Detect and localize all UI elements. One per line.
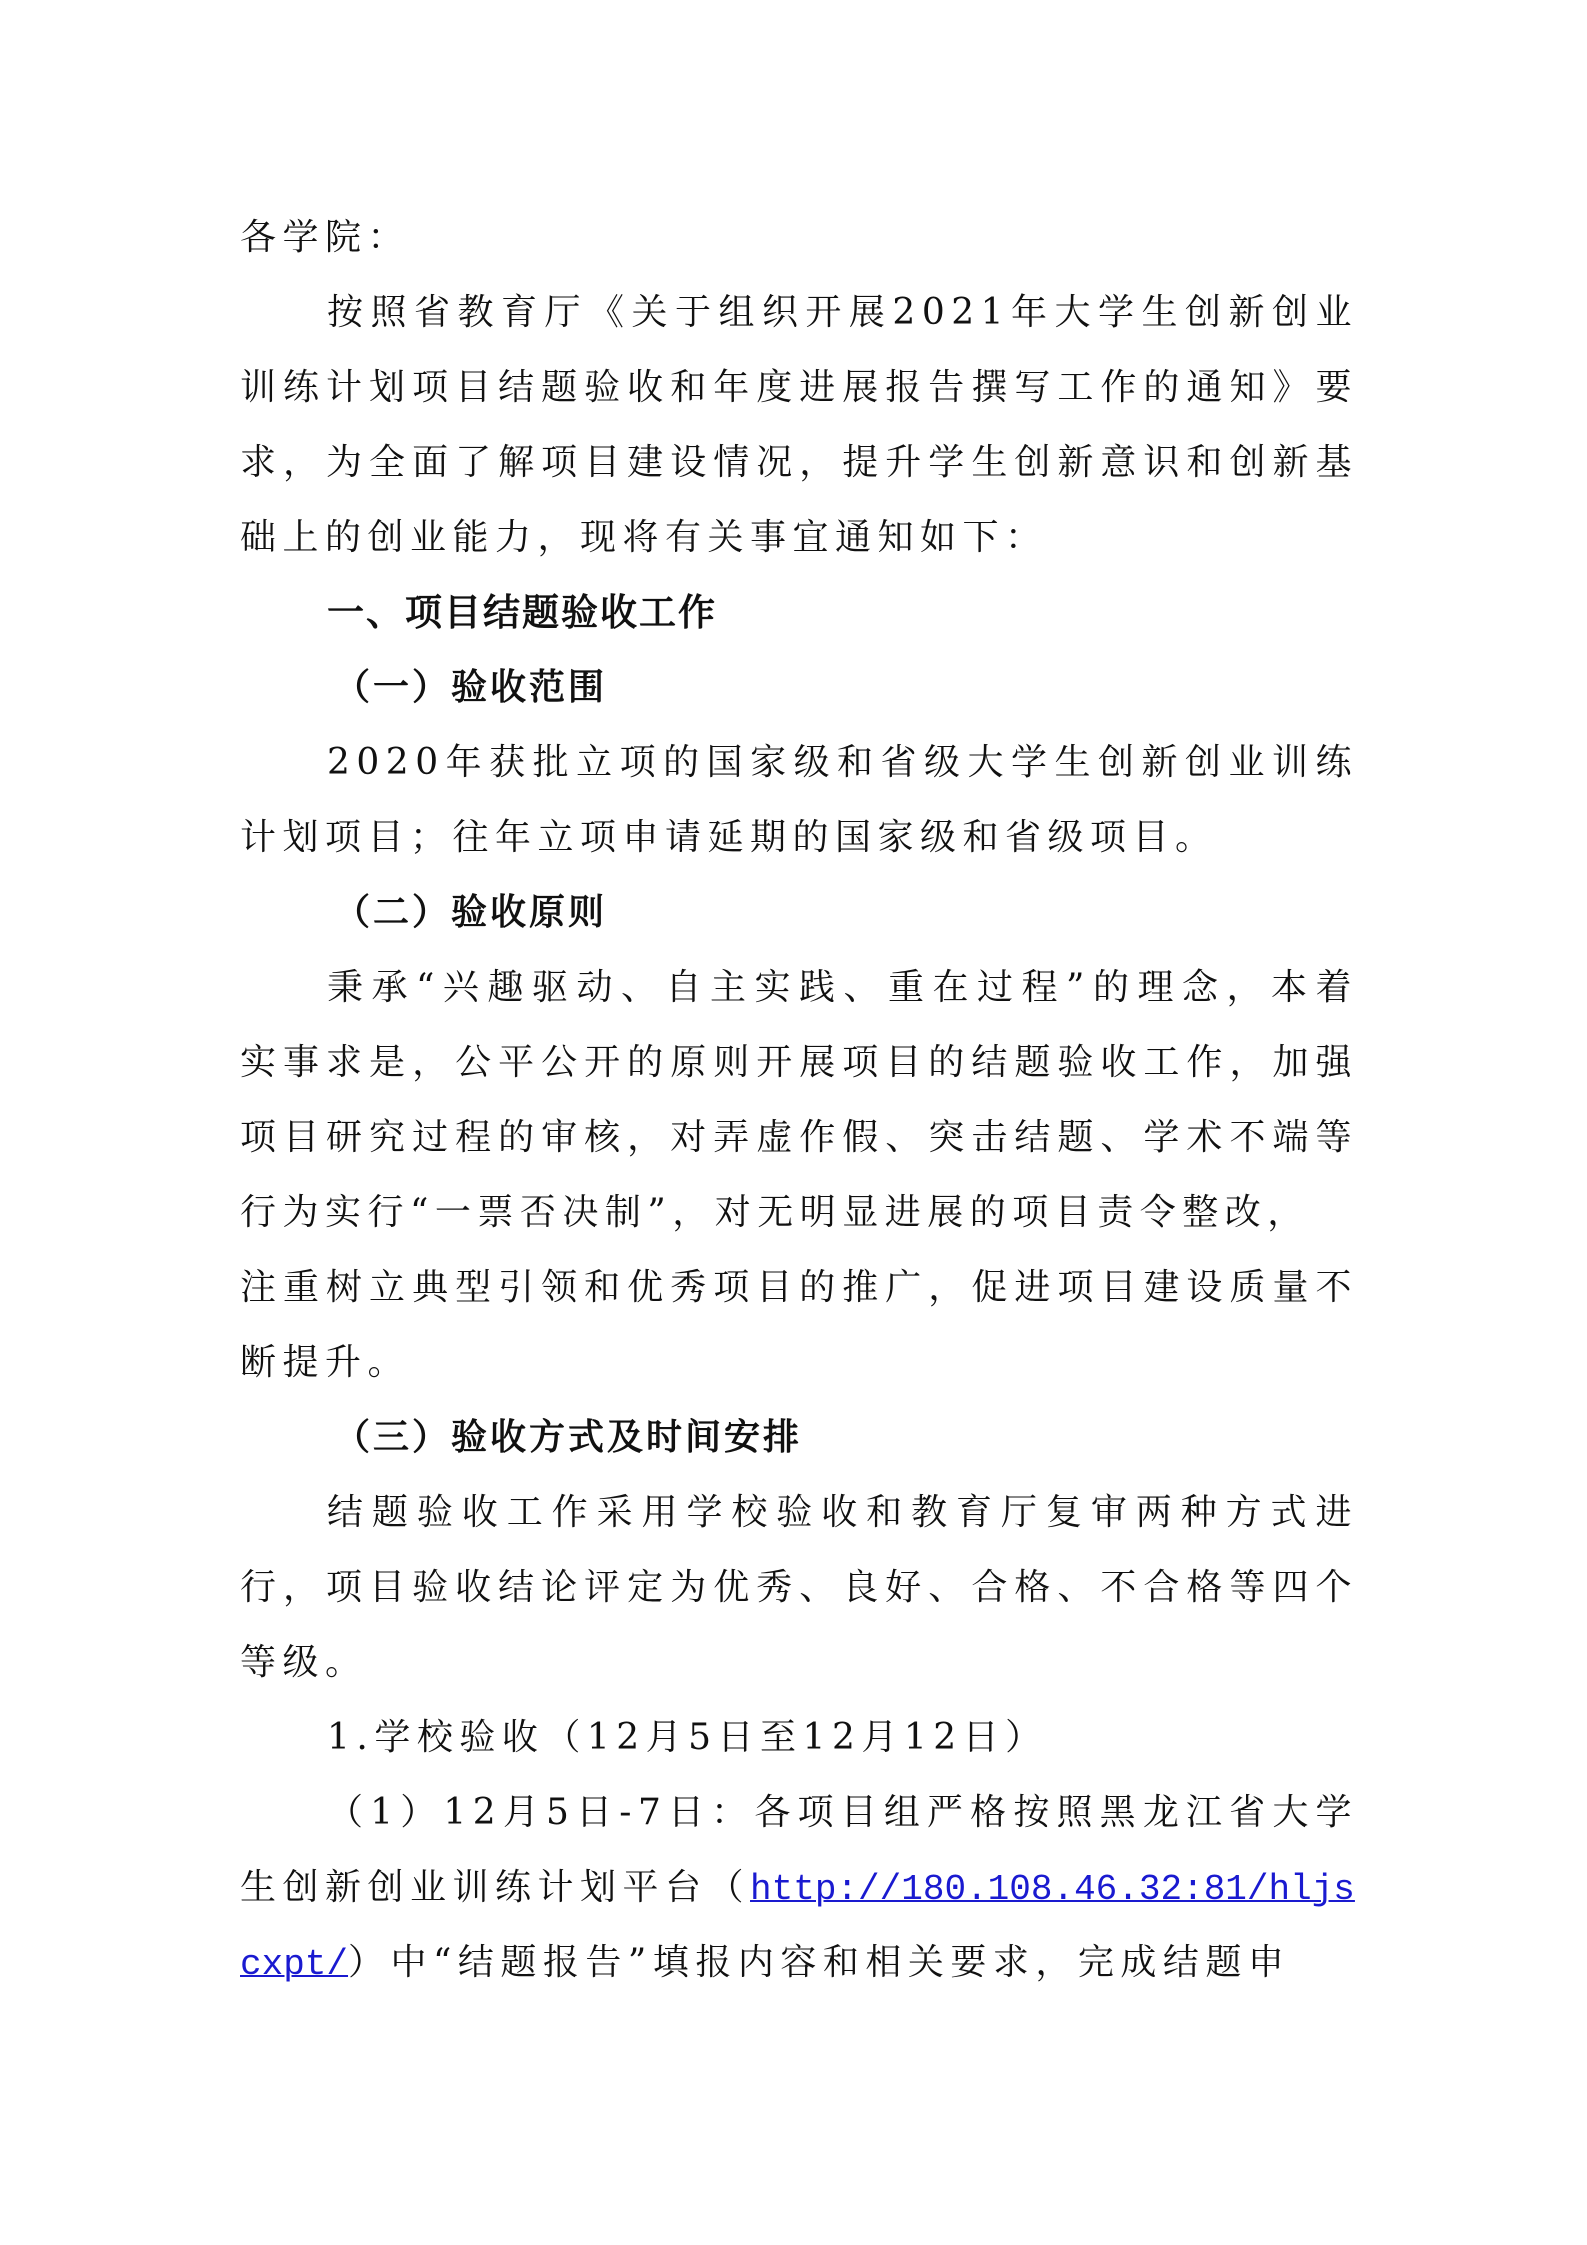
paragraph-line: 等级。: [240, 1625, 1358, 1700]
section-heading: 一、项目结题验收工作: [240, 575, 1358, 650]
salutation: 各学院：: [240, 200, 1358, 275]
paragraph-line: 断提升。: [240, 1325, 1358, 1400]
intro-line: 求，为全面了解项目建设情况，提升学生创新意识和创新基: [240, 425, 1358, 500]
paragraph-line: （1）12月5日-7日：各项目组严格按照黑龙江省大学: [240, 1775, 1358, 1850]
paragraph-line: 实事求是，公平公开的原则开展项目的结题验收工作，加强: [240, 1025, 1358, 1100]
intro-line: 础上的创业能力，现将有关事宜通知如下：: [240, 500, 1358, 575]
item-heading: 1.学校验收（12月5日至12月12日）: [240, 1700, 1358, 1775]
paragraph-line: 行为实行“一票否决制”，对无明显进展的项目责令整改，: [240, 1175, 1358, 1250]
link-prefix-text: 生创新创业训练计划平台（: [240, 1867, 750, 1908]
paragraph-line: 秉承“兴趣驱动、自主实践、重在过程”的理念，本着: [240, 950, 1358, 1025]
subsection-heading: （一）验收范围: [240, 650, 1358, 725]
platform-link-continued[interactable]: cxpt/: [240, 1944, 348, 1985]
paragraph-line: 结题验收工作采用学校验收和教育厅复审两种方式进: [240, 1475, 1358, 1550]
subsection-heading: （三）验收方式及时间安排: [240, 1400, 1358, 1475]
paragraph-line: 行，项目验收结论评定为优秀、良好、合格、不合格等四个: [240, 1550, 1358, 1625]
paragraph-line: 项目研究过程的审核，对弄虚作假、突击结题、学术不端等: [240, 1100, 1358, 1175]
paragraph-line: 2020年获批立项的国家级和省级大学生创新创业训练: [240, 725, 1358, 800]
paragraph-line-with-link: 生创新创业训练计划平台（http://180.108.46.32:81/hljs: [240, 1850, 1358, 1925]
link-suffix-text: ）中“结题报告”填报内容和相关要求，完成结题申: [348, 1942, 1290, 1983]
paragraph-line: 注重树立典型引领和优秀项目的推广，促进项目建设质量不: [240, 1250, 1358, 1325]
platform-link[interactable]: http://180.108.46.32:81/hljs: [750, 1869, 1355, 1910]
document-page: 各学院： 按照省教育厅《关于组织开展2021年大学生创新创业 训练计划项目结题验…: [240, 200, 1358, 2000]
paragraph-line-with-link: cxpt/）中“结题报告”填报内容和相关要求，完成结题申: [240, 1925, 1358, 2000]
subsection-heading: （二）验收原则: [240, 875, 1358, 950]
intro-line: 按照省教育厅《关于组织开展2021年大学生创新创业: [240, 275, 1358, 350]
paragraph-line: 计划项目；往年立项申请延期的国家级和省级项目。: [240, 800, 1358, 875]
intro-line: 训练计划项目结题验收和年度进展报告撰写工作的通知》要: [240, 350, 1358, 425]
